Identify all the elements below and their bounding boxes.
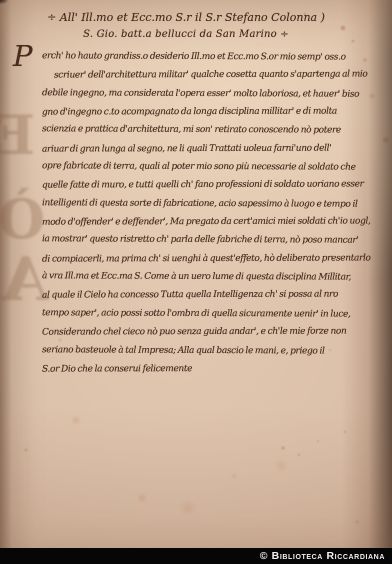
manuscript-line: à vra Ill.ma et Ecc.ma S. Come à un uero…: [42, 267, 382, 287]
manuscript-line: ariuar di gran lunga al segno, ne li qua…: [42, 139, 382, 159]
manuscript-line: tempo saper', acio possi sotto l'ombra d…: [42, 304, 382, 324]
manuscript-line: seriano basteuole à tal Impresa; Alla qu…: [42, 341, 382, 361]
letter-body: erch' ho hauto grandiss.o desiderio Ill.…: [42, 48, 382, 378]
manuscript-line: quelle fatte di muro, e tutti quelli ch'…: [42, 176, 382, 196]
manuscript-line: di compiacerli, ma prima ch' si uenghi à…: [42, 249, 382, 269]
photo-corner-mark: [0, 0, 14, 8]
manuscript-line: gno d'ingegno c.to acompagnato da longa …: [42, 102, 382, 122]
manuscript-line: S.or Dio che la conserui felicemente: [42, 359, 382, 379]
heading-addressee: ÷ All' Ill.mo et Ecc.mo S.r il S.r Stefa…: [0, 9, 372, 26]
manuscript-line: scienzia e prattica d'architettura, mi s…: [42, 121, 382, 141]
manuscript-line: scriuer' dell'architettura militar' qual…: [54, 66, 382, 85]
manuscript-line: al quale il Cielo ha concesso Tutta quel…: [42, 286, 382, 306]
copyright-bar: © Biblioteca Riccardiana: [0, 548, 392, 564]
manuscript-line: erch' ho hauto grandiss.o desiderio Ill.…: [42, 47, 382, 67]
manuscript-line: Considerando chel cieco nò puo senza gui…: [42, 323, 382, 343]
heading-sender: S. Gio. batt.a bellucci da San Marino ÷: [0, 26, 372, 43]
copyright-text: © Biblioteca Riccardiana: [260, 550, 385, 562]
manuscript-line: modo d'offender' e deffender', Ma pregat…: [42, 213, 382, 233]
manuscript-line: debile ingegno, ma considerata l'opera e…: [42, 84, 382, 104]
manuscript-line: ia mostrar' questo ristretto ch' parla d…: [42, 231, 382, 251]
manuscript-photo: EÒA ÷ All' Ill.mo et Ecc.mo S.r il S.r S…: [0, 0, 392, 564]
letter-heading: ÷ All' Ill.mo et Ecc.mo S.r il S.r Stefa…: [0, 9, 372, 43]
drop-cap-initial: P: [13, 42, 33, 71]
manuscript-line: opre fabricate di terra, quali al poter …: [42, 157, 382, 177]
manuscript-line: intelligenti di questa sorte di fabricat…: [42, 194, 382, 214]
